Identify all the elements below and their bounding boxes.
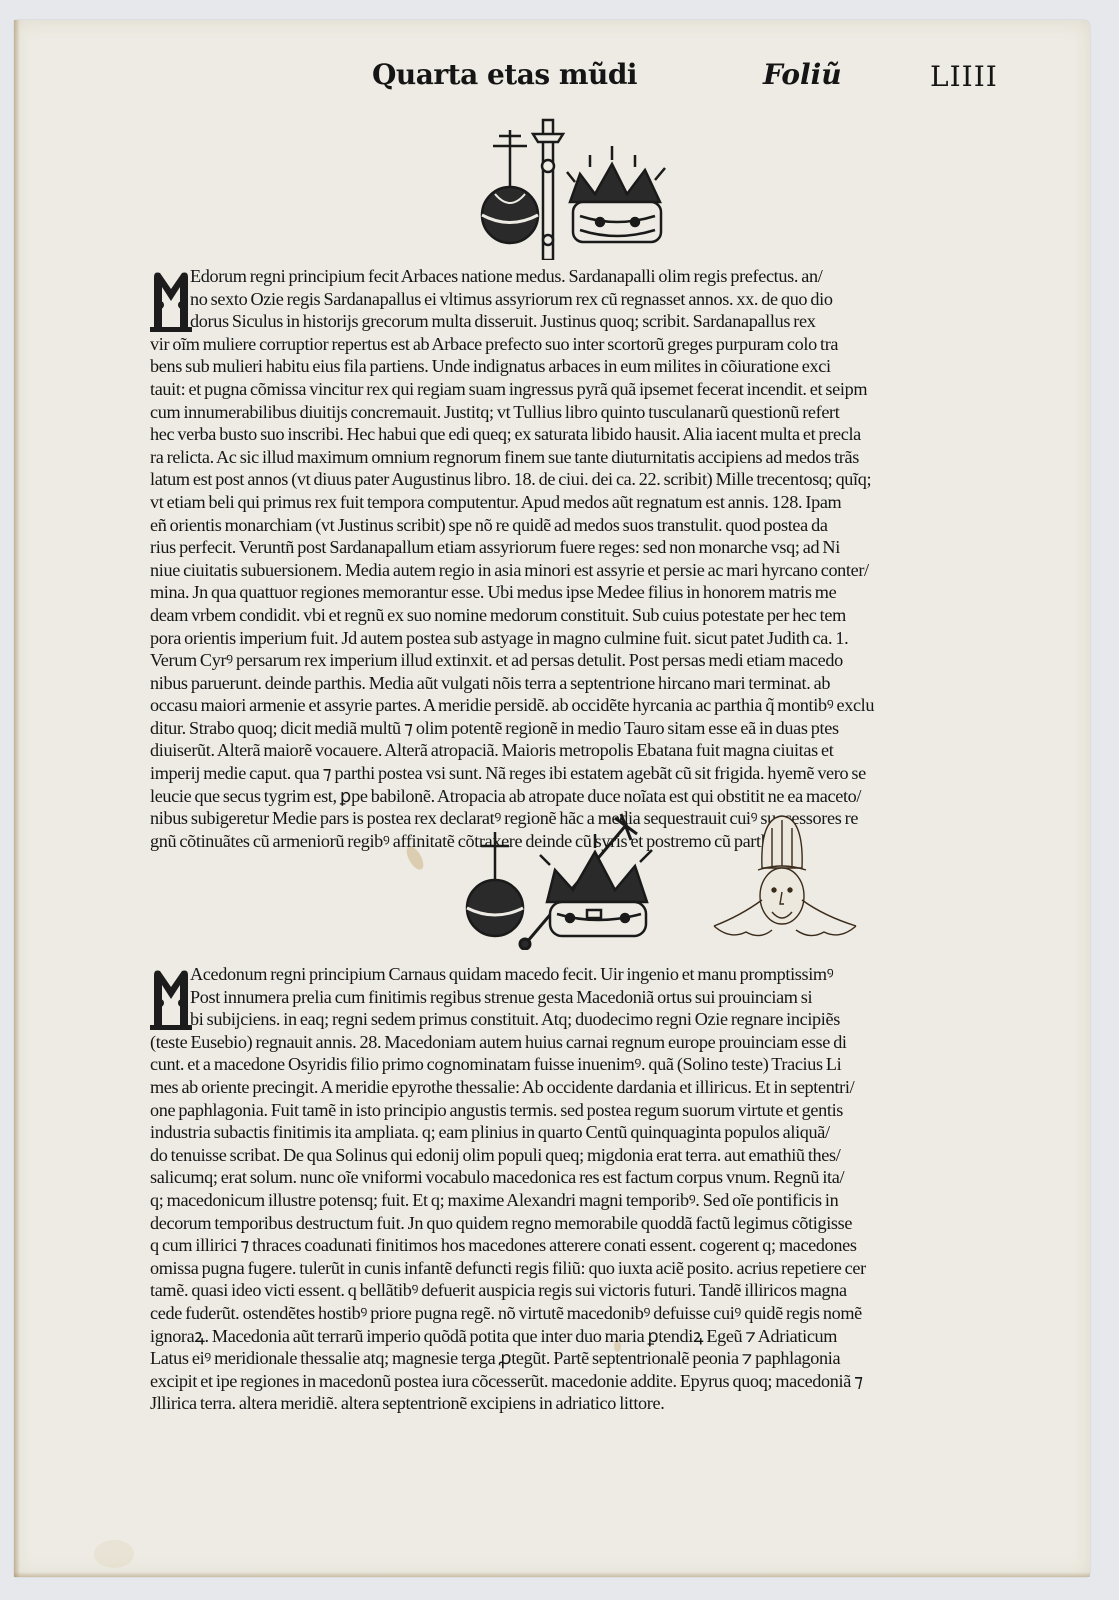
woodcut-regalia-middle	[455, 810, 665, 950]
text-line: Acedonum regni principium Carnaus quidam…	[150, 963, 995, 986]
text-line: vir oĩm muliere corruptior repertus est …	[150, 333, 995, 356]
text-line: latum est post annos (vt diuus pater Aug…	[150, 468, 995, 491]
text-line: pora orientis imperium fuit. Jd autem po…	[150, 627, 995, 650]
running-head-title: Quarta etas mũdi	[372, 58, 637, 91]
text-line: mina. Jn qua quattuor regiones memorantu…	[150, 581, 995, 604]
crown-icon	[567, 146, 665, 242]
text-section-medes: Edorum regni principium fecit Arbaces na…	[150, 265, 995, 852]
decorated-initial-m	[150, 267, 192, 333]
text-line: excipit et ipe regiones in macedonũ post…	[150, 1370, 995, 1393]
text-line: dorus Siculus in historijs grecorum mult…	[150, 310, 995, 333]
folio-label: Foliũ	[763, 58, 842, 91]
text-line: q; macedonicum illustre potensq; fuit. E…	[150, 1189, 995, 1212]
text-section-macedonians: Acedonum regni principium Carnaus quidam…	[150, 963, 995, 1415]
text-line: nibus paruerunt. deinde parthis. Media a…	[150, 672, 995, 695]
text-line: Verum Cyrꝰ persarum rex imperium illud e…	[150, 649, 995, 672]
orb-with-cross-icon	[467, 832, 523, 936]
text-line: Jllirica terra. altera meridiẽ. altera s…	[150, 1392, 995, 1415]
text-line: one paphlagonia. Fuit tamẽ in isto princ…	[150, 1099, 995, 1122]
text-line: q cum illirici ⁊ thraces coadunati finit…	[150, 1234, 995, 1257]
king-portrait-woodcut	[710, 808, 860, 943]
text-line: cunt. et a macedone Osyridis filio primo…	[150, 1053, 995, 1076]
text-line: ra relicta. Ac sic illud maximum omnium …	[150, 446, 995, 469]
text-line: imperij medie caput. qua ⁊ parthi postea…	[150, 762, 995, 785]
text-line: (teste Eusebio) regnauit annis. 28. Mace…	[150, 1031, 995, 1054]
orb-with-cross-icon	[482, 130, 538, 243]
text-line: salicumq; erat solum. nunc oĩe vniformi …	[150, 1166, 995, 1189]
text-line: bi subijciens. in eaq; regni sedem primu…	[150, 1008, 995, 1031]
text-line: eñ orientis monarchiam (vt Justinus scri…	[150, 514, 995, 537]
folio-number: LIIII	[930, 60, 998, 93]
text-line: ignoraꝝ. Macedonia aũt terrarũ imperio q…	[150, 1325, 995, 1348]
king-portrait-icon	[714, 816, 856, 936]
text-line: no sexto Ozie regis Sardanapallus ei vlt…	[150, 288, 995, 311]
text-line: leucie que secus tygrim est, ꝑpe babilon…	[150, 785, 995, 808]
text-line: hec verba busto suo inscribi. Hec habui …	[150, 423, 995, 446]
text-line: omissa pugna fugere. tulerũt in cunis in…	[150, 1257, 995, 1280]
text-line: rius perfecit. Veruntñ post Sardanapallu…	[150, 536, 995, 559]
text-line: Latus eiꝰ meridionale thessalie atq; mag…	[150, 1347, 995, 1370]
text-line: niue ciuitatis subuersionem. Media autem…	[150, 559, 995, 582]
sceptre-icon	[533, 120, 563, 260]
text-line: cede fuderũt. ostendẽtes hostibꝰ priore …	[150, 1302, 995, 1325]
text-line: deam vrbem condidit. vbi et regnũ ex suo…	[150, 604, 995, 627]
crown-icon	[540, 834, 652, 936]
text-line: diuiserũt. Alterã maiorẽ vocauere. Alter…	[150, 739, 995, 762]
text-line: do tenuisse scribat. De qua Solinus qui …	[150, 1144, 995, 1167]
running-head: Quarta etas mũdi Foliũ LIIII	[0, 58, 1119, 98]
text-line: cum innumerabilibus diuitijs concremauit…	[150, 401, 995, 424]
text-line: tauit: et pugna cõmissa vincitur rex qui…	[150, 378, 995, 401]
text-line: mes ab oriente precingit. A meridie epyr…	[150, 1076, 995, 1099]
decorated-initial-m	[150, 965, 192, 1031]
text-line: bens sub mulieri habitu eius fila partie…	[150, 355, 995, 378]
text-line: Edorum regni principium fecit Arbaces na…	[150, 265, 995, 288]
text-line: Post innumera prelia cum finitimis regib…	[150, 986, 995, 1009]
text-line: industria subactis finitimis ita ampliat…	[150, 1121, 995, 1144]
text-line: decorum temporibus destructum fuit. Jn q…	[150, 1212, 995, 1235]
foxing-stain	[94, 1540, 134, 1568]
text-line: tamẽ. quasi ideo victi essent. q bellãti…	[150, 1279, 995, 1302]
text-line: vt etiam beli qui primus rex fuit tempor…	[150, 491, 995, 514]
text-line: occasu maiori armenie et assyrie partes.…	[150, 694, 995, 717]
text-line: ditur. Strabo quoq; dicit mediã multũ ⁊ …	[150, 717, 995, 740]
woodcut-regalia-top	[465, 112, 680, 260]
